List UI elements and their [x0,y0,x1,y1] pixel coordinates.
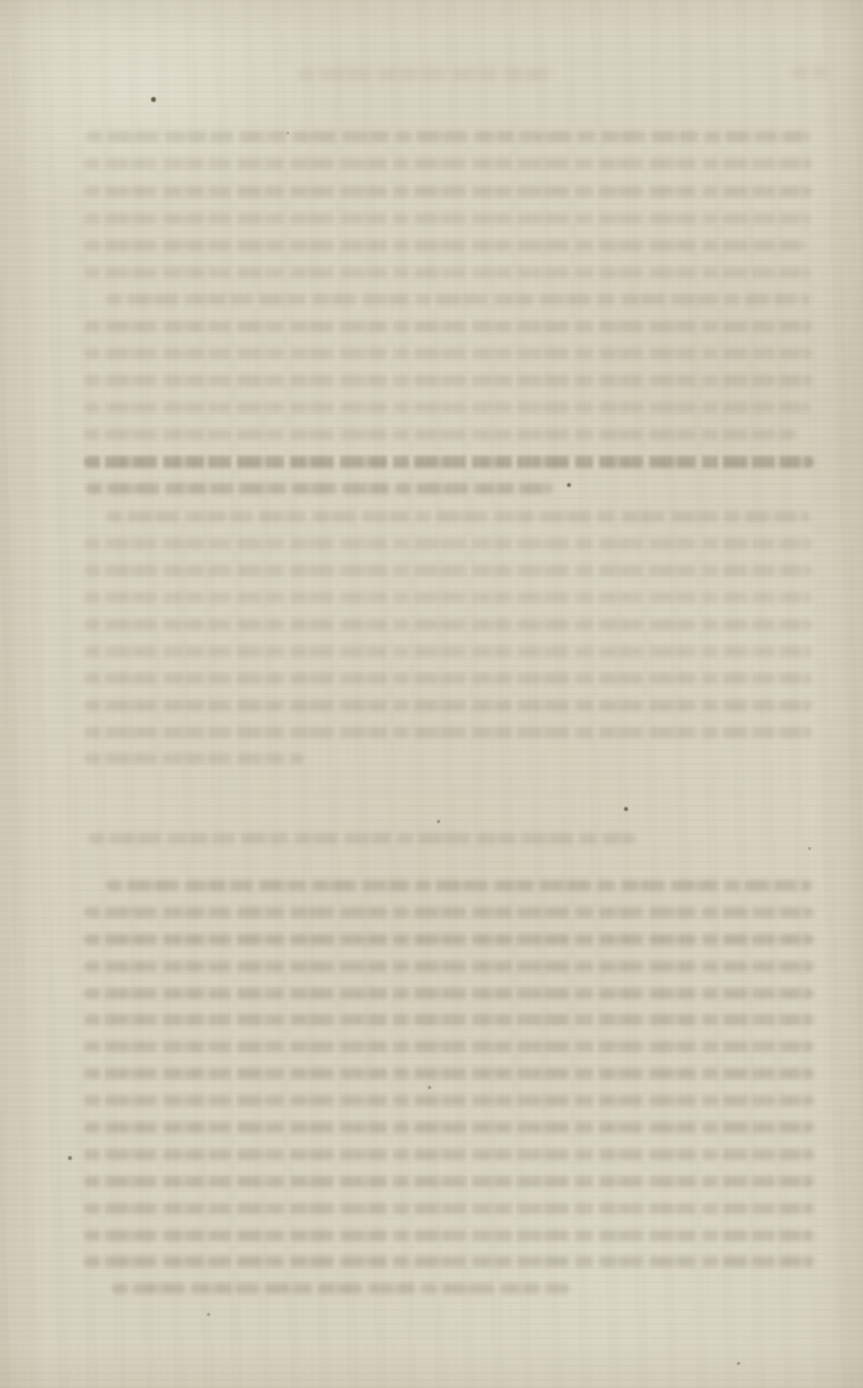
text-line [84,700,812,711]
text-line [84,240,806,251]
ink-speck [437,820,440,823]
text-line [84,1149,814,1160]
header-smudge [298,68,556,81]
text-line [84,619,812,630]
text-line [84,538,812,549]
ink-speck [428,1086,431,1089]
ink-speck [207,1313,210,1316]
text-line [84,988,814,999]
header-smudge [792,66,826,79]
text-line [84,646,812,657]
text-line [84,402,810,413]
text-line [84,213,810,224]
text-line [84,673,812,684]
text-line [84,1256,814,1267]
text-line [84,753,304,764]
text-line [84,1230,814,1241]
ink-speck [68,1156,72,1160]
ink-speck [737,1362,740,1365]
ink-speck [151,97,156,102]
ink-speck [624,807,628,811]
text-line [84,375,812,386]
text-line [84,961,814,972]
text-line [84,1203,814,1214]
scanned-page [0,0,863,1388]
text-line [84,186,812,197]
text-line [84,1014,814,1025]
text-line [84,456,814,468]
text-line [84,592,812,603]
ink-speck [567,483,571,487]
text-line [84,1041,814,1052]
text-line [106,880,812,891]
text-line [84,1095,814,1106]
text-line [84,727,812,738]
text-line [84,321,812,332]
text-line [84,267,810,278]
text-line [84,1068,814,1079]
text-line [84,348,812,359]
text-line [84,1122,814,1133]
text-line [112,1283,570,1294]
text-line [84,907,814,918]
text-line [86,483,552,494]
text-line [106,294,810,305]
text-line [84,934,814,945]
text-line [84,429,796,440]
ink-speck [287,132,289,134]
text-line [84,565,812,576]
ink-speck [808,847,811,850]
text-line [84,1176,814,1187]
text-line [106,511,810,522]
heading-line [88,833,636,844]
text-line [84,158,812,169]
text-line [86,131,810,142]
